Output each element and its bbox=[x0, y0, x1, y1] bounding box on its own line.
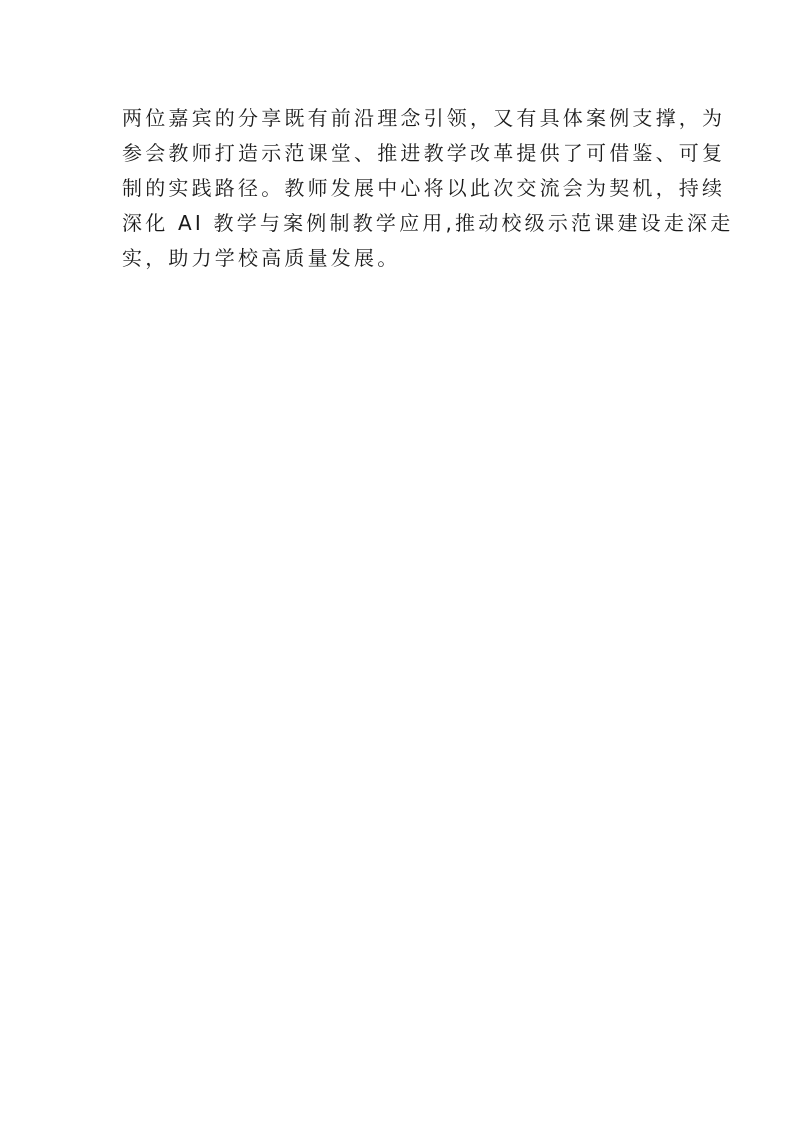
paragraph-line-4: 深化 AI 教学与案例制教学应用,推动校级示范课建设走深走 bbox=[122, 206, 682, 241]
document-page: 两位嘉宾的分享既有前沿理念引领，又有具体案例支撑，为 参会教师打造示范课堂、推进… bbox=[0, 0, 793, 1122]
paragraph-line-5: 实，助力学校高质量发展。 bbox=[122, 241, 682, 276]
paragraph-line-1: 两位嘉宾的分享既有前沿理念引领，又有具体案例支撑，为 bbox=[122, 101, 682, 136]
paragraph-line-3: 制的实践路径。教师发展中心将以此次交流会为契机，持续 bbox=[122, 171, 682, 206]
body-paragraph: 两位嘉宾的分享既有前沿理念引领，又有具体案例支撑，为 参会教师打造示范课堂、推进… bbox=[122, 101, 682, 276]
paragraph-line-2: 参会教师打造示范课堂、推进教学改革提供了可借鉴、可复 bbox=[122, 136, 682, 171]
